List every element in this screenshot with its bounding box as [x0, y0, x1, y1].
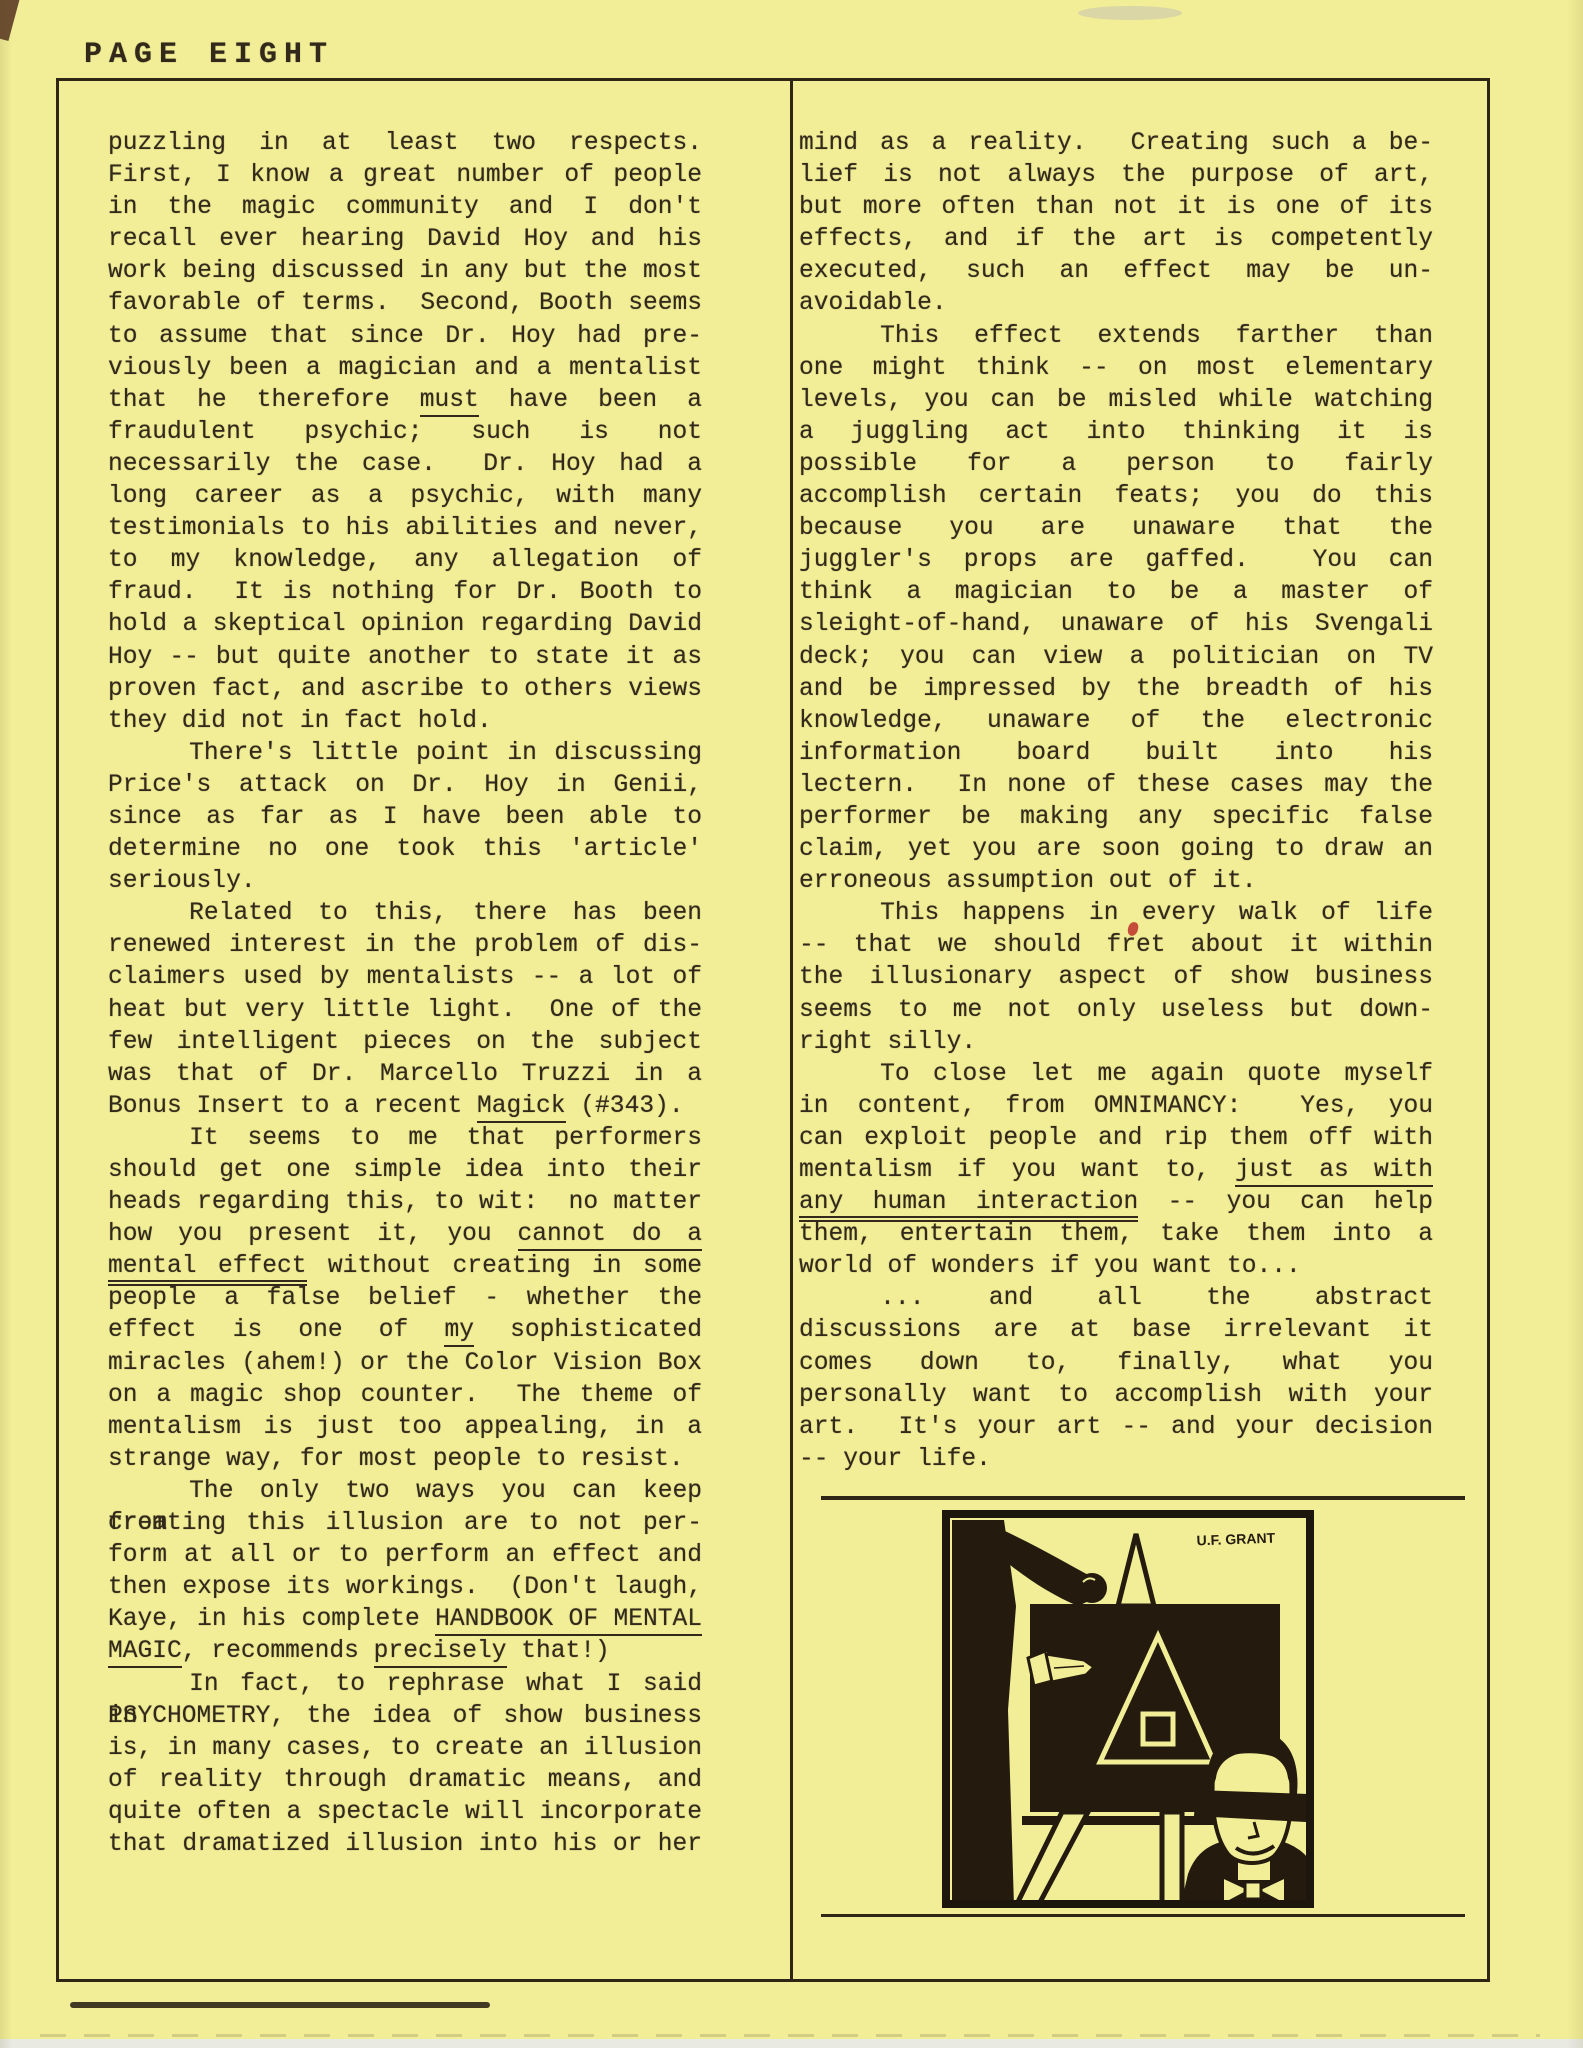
text-line: fraudulent psychic; such is not — [108, 417, 702, 449]
text-line: them, entertain them, take them into a — [799, 1219, 1433, 1251]
content-box: puzzling in at least two respects.First,… — [56, 78, 1490, 1982]
text-line: deck; you can view a politician on TV — [799, 642, 1433, 674]
text-line: can exploit people and rip them off with — [799, 1123, 1433, 1155]
text-line: because you are unaware that the — [799, 513, 1433, 545]
text-line: renewed interest in the problem of dis- — [108, 930, 702, 962]
text-line: PSYCHOMETRY, the idea of show business — [108, 1701, 702, 1733]
text-line: seems to me not only useless but down- — [799, 995, 1433, 1027]
text-line: long career as a psychic, with many — [108, 481, 702, 513]
text-line: It seems to me that performers — [108, 1123, 702, 1155]
text-line: sleight-of-hand, unaware of his Svengali — [799, 609, 1433, 641]
scan-artifact-dotline — [40, 2034, 1540, 2037]
text-line: -- your life. — [799, 1444, 1433, 1476]
text-line: was that of Dr. Marcello Truzzi in a — [108, 1059, 702, 1091]
text-line: hold a skeptical opinion regarding David — [108, 609, 702, 641]
text-line: puzzling in at least two respects. — [108, 128, 702, 160]
text-line: creating this illusion are to not per- — [108, 1508, 702, 1540]
column-divider — [790, 81, 793, 1979]
text-line: Hoy -- but quite another to state it as — [108, 642, 702, 674]
text-line: is, in many cases, to create an illusion — [108, 1733, 702, 1765]
text-line: Related to this, there has been — [108, 898, 702, 930]
scan-artifact-smudge — [1078, 6, 1182, 20]
text-line: executed, such an effect may be un- — [799, 256, 1433, 288]
text-line: knowledge, unaware of the electronic — [799, 706, 1433, 738]
scan-shade-left — [0, 0, 12, 2048]
bow-tie-knot — [1245, 1882, 1261, 1899]
left-column: puzzling in at least two respects.First,… — [108, 128, 702, 1861]
text-line: few intelligent pieces on the subject — [108, 1027, 702, 1059]
text-line: and be impressed by the breadth of his — [799, 674, 1433, 706]
text-line: people a false belief - whether the — [108, 1283, 702, 1315]
text-line: comes down to, finally, what you — [799, 1348, 1433, 1380]
text-line: avoidable. — [799, 288, 1433, 320]
text-line: how you present it, you cannot do a — [108, 1219, 702, 1251]
text-line: quite often a spectacle will incorporate — [108, 1797, 702, 1829]
text-line: seriously. — [108, 866, 702, 898]
easel-apex — [1118, 1534, 1154, 1606]
text-line: right silly. — [799, 1027, 1433, 1059]
text-line: effects, and if the art is competently — [799, 224, 1433, 256]
text-line: a juggling act into thinking it is — [799, 417, 1433, 449]
text-line: claim, yet you are soon going to draw an — [799, 834, 1433, 866]
text-line: mental effect without creating in some — [108, 1251, 702, 1283]
text-line: Kaye, in his complete HANDBOOK OF MENTAL — [108, 1604, 702, 1636]
gripping-hand — [1077, 1573, 1107, 1603]
text-line: in the magic community and I don't — [108, 192, 702, 224]
separator-rule-bottom — [821, 1914, 1465, 1917]
text-line: possible for a person to fairly — [799, 449, 1433, 481]
text-line: proven fact, and ascribe to others views — [108, 674, 702, 706]
text-line: recall ever hearing David Hoy and his — [108, 224, 702, 256]
easel-legs — [1016, 1812, 1182, 1906]
text-line: juggler's props are gaffed. You can — [799, 545, 1433, 577]
text-line: lief is not always the purpose of art, — [799, 160, 1433, 192]
text-line: necessarily the case. Dr. Hoy had a — [108, 449, 702, 481]
text-line: Price's attack on Dr. Hoy in Genii, — [108, 770, 702, 802]
text-line: In fact, to rephrase what I said in — [108, 1669, 702, 1701]
text-line: on a magic shop counter. The theme of — [108, 1380, 702, 1412]
text-line: world of wonders if you want to... — [799, 1251, 1433, 1283]
text-line: heat but very little light. One of the — [108, 995, 702, 1027]
text-line: discussions are at base irrelevant it — [799, 1315, 1433, 1347]
text-line: viously been a magician and a mentalist — [108, 353, 702, 385]
text-line: To close let me again quote myself — [799, 1059, 1433, 1091]
text-line: performer be making any specific false — [799, 802, 1433, 834]
right-column: mind as a reality. Creating such a be-li… — [799, 128, 1433, 1476]
text-line: testimonials to his abilities and never, — [108, 513, 702, 545]
text-line: determine no one took this 'article' — [108, 834, 702, 866]
text-line: information board built into his — [799, 738, 1433, 770]
text-line: mentalism if you want to, just as with — [799, 1155, 1433, 1187]
text-line: form at all or to perform an effect and — [108, 1540, 702, 1572]
text-line: personally want to accomplish with your — [799, 1380, 1433, 1412]
text-line: in content, from OMNIMANCY: Yes, you — [799, 1091, 1433, 1123]
text-line: should get one simple idea into their — [108, 1155, 702, 1187]
scan-edge-strip — [0, 2039, 1583, 2048]
artist-signature: U.F. GRANT — [1196, 1530, 1276, 1549]
text-line: to my knowledge, any allegation of — [108, 545, 702, 577]
text-line: First, I know a great number of people — [108, 160, 702, 192]
text-line: effect is one of my sophisticated — [108, 1315, 702, 1347]
text-line: that dramatized illusion into his or her — [108, 1829, 702, 1861]
text-line: claimers used by mentalists -- a lot of — [108, 962, 702, 994]
text-line: think a magician to be a master of — [799, 577, 1433, 609]
text-line: but more often than not it is one of its — [799, 192, 1433, 224]
text-line: they did not in fact hold. — [108, 706, 702, 738]
text-line: Bonus Insert to a recent Magick (#343). — [108, 1091, 702, 1123]
text-line: art. It's your art -- and your decision — [799, 1412, 1433, 1444]
scanned-newsletter-page: { "page": { "header": "PAGE EIGHT", "col… — [0, 0, 1583, 2048]
text-line: work being discussed in any but the most — [108, 256, 702, 288]
text-line: one might think -- on most elementary — [799, 353, 1433, 385]
text-line: There's little point in discussing — [108, 738, 702, 770]
text-line: miracles (ahem!) or the Color Vision Box — [108, 1348, 702, 1380]
text-line: to assume that since Dr. Hoy had pre- — [108, 321, 702, 353]
separator-rule-top — [821, 1496, 1465, 1500]
text-line: accomplish certain feats; you do this — [799, 481, 1433, 513]
text-line: the illusionary aspect of show business — [799, 962, 1433, 994]
text-line: ... and all the abstract — [799, 1283, 1433, 1315]
text-line: This effect extends farther than — [799, 321, 1433, 353]
text-line: MAGIC, recommends precisely that!) — [108, 1636, 702, 1668]
text-line: that he therefore must have been a — [108, 385, 702, 417]
text-line: favorable of terms. Second, Booth seems — [108, 288, 702, 320]
page-title: PAGE EIGHT — [84, 38, 334, 72]
text-line: then expose its workings. (Don't laugh, — [108, 1572, 702, 1604]
text-line: mind as a reality. Creating such a be- — [799, 128, 1433, 160]
text-line: mentalism is just too appealing, in a — [108, 1412, 702, 1444]
text-line: levels, you can be misled while watching — [799, 385, 1433, 417]
scan-shade-right — [1567, 0, 1583, 2048]
text-line: strange way, for most people to resist. — [108, 1444, 702, 1476]
text-line: any human interaction -- you can help — [799, 1187, 1433, 1219]
text-line: -- that we should fret about it within — [799, 930, 1433, 962]
text-line: of reality through dramatic means, and — [108, 1765, 702, 1797]
text-line: heads regarding this, to wit: no matter — [108, 1187, 702, 1219]
illustration-blindfolded-mentalist: U.F. GRANT — [942, 1510, 1314, 1908]
text-line: lectern. In none of these cases may the — [799, 770, 1433, 802]
text-line: since as far as I have been able to — [108, 802, 702, 834]
text-line: fraud. It is nothing for Dr. Booth to — [108, 577, 702, 609]
text-line: The only two ways you can keep from — [108, 1476, 702, 1508]
text-line: erroneous assumption out of it. — [799, 866, 1433, 898]
scan-artifact-smear — [70, 2002, 490, 2008]
text-line: This happens in every walk of life — [799, 898, 1433, 930]
